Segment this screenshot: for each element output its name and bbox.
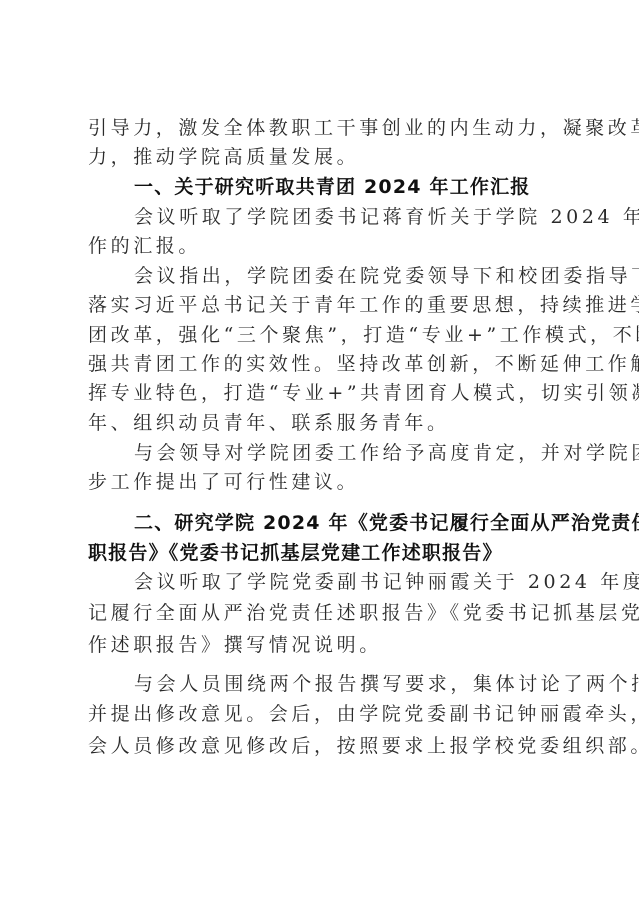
- paragraph-line: 作述职报告》撰写情况说明。: [88, 633, 560, 657]
- paragraph-line: 年、组织动员青年、联系服务青年。: [88, 411, 560, 435]
- paragraph-line: 团改革，强化“三个聚焦”，打造“专业+”工作模式，不断增: [88, 323, 560, 347]
- continuation-line: 力，推动学院高质量发展。: [88, 145, 560, 169]
- document-page: 引导力，激发全体教职工干事创业的内生动力，凝聚改革发展合 力，推动学院高质量发展…: [0, 0, 639, 905]
- paragraph-line: 会人员修改意见修改后，按照要求上报学校党委组织部。: [88, 734, 560, 758]
- paragraph-line: 强共青团工作的实效性。坚持改革创新，不断延伸工作触角，发: [88, 352, 560, 376]
- paragraph-line: 与会领导对学院团委工作给予高度肯定，并对学院团委下一: [134, 441, 560, 465]
- paragraph-line: 记履行全面从严治党责任述职报告》《党委书记抓基层党建工: [88, 601, 560, 625]
- section-heading-2-continued: 职报告》《党委书记抓基层党建工作述职报告》: [88, 541, 560, 565]
- continuation-line: 引导力，激发全体教职工干事创业的内生动力，凝聚改革发展合: [88, 116, 560, 140]
- paragraph-line: 与会人员围绕两个报告撰写要求，集体讨论了两个报告内容，: [134, 672, 560, 696]
- paragraph-line: 挥专业特色，打造“专业+”共青团育人模式，切实引领凝聚青: [88, 381, 560, 405]
- paragraph-line: 步工作提出了可行性建议。: [88, 470, 560, 494]
- paragraph-line: 会议指出，学院团委在院党委领导下和校团委指导下，贯彻: [134, 264, 560, 288]
- section-heading-1: 一、关于研究听取共青团 2024 年工作汇报: [134, 175, 560, 199]
- paragraph-line: 落实习近平总书记关于青年工作的重要思想，持续推进学院共青: [88, 293, 560, 317]
- paragraph-line: 会议听取了学院团委书记蒋育忻关于学院 2024 年共青团工: [134, 205, 560, 229]
- paragraph-line: 作的汇报。: [88, 234, 560, 258]
- paragraph-line: 并提出修改意见。会后，由学院党委副书记钟丽霞牵头，根据与: [88, 702, 560, 726]
- section-heading-2: 二、研究学院 2024 年《党委书记履行全面从严治党责任述: [134, 511, 560, 535]
- paragraph-line: 会议听取了学院党委副书记钟丽霞关于 2024 年度《党委书: [134, 570, 560, 594]
